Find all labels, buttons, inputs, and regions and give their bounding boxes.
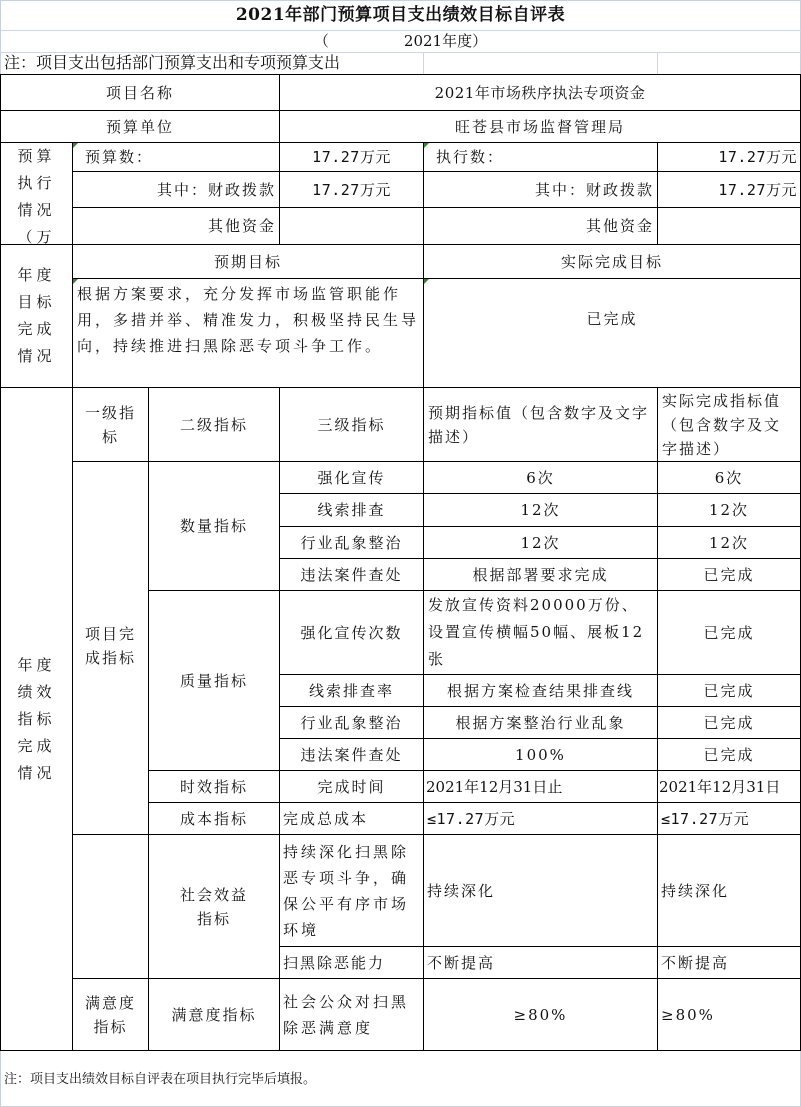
level3-cell: 强化宣传次数	[279, 590, 424, 675]
footer-note: 注：项目支出绩效目标自评表在项目执行完毕后填报。	[4, 1068, 316, 1087]
actual-value-cell[interactable]: 已完成	[657, 706, 801, 739]
grid-line	[657, 52, 658, 74]
actual-value-header: 实际完成指标值（包含数字及文字描述）	[657, 387, 801, 462]
page-title: 2021年部门预算项目支出绩效目标自评表	[0, 0, 801, 30]
other-funds-value-right[interactable]	[657, 207, 801, 245]
level3-cell: 完成总成本	[279, 802, 424, 835]
budget-section-label: 预算执行情况（万	[0, 142, 73, 245]
actual-value-cell[interactable]: 2021年12月31日	[657, 770, 801, 803]
actual-value-cell[interactable]: 12次	[657, 493, 801, 527]
level3-cell: 线索排查率	[279, 674, 424, 707]
expected-value-cell[interactable]: 100%	[423, 738, 658, 771]
level1-satisfaction: 满意度指标	[72, 978, 149, 1051]
fiscal-label-right: 其中：财政拨款	[423, 171, 658, 208]
level3-cell: 线索排查	[279, 493, 424, 527]
expected-goal-text[interactable]: 根据方案要求，充分发挥市场监管职能作用，多措并举、精准发力，积极坚持民生导向，持…	[72, 278, 424, 388]
actual-value-cell[interactable]: 6次	[657, 461, 801, 494]
actual-value-cell[interactable]: 12次	[657, 526, 801, 559]
actual-value-cell[interactable]: 已完成	[657, 674, 801, 707]
expected-value-cell[interactable]: 2021年12月31日止	[423, 770, 658, 803]
comment-marker	[73, 143, 78, 148]
expected-value-cell[interactable]: 根据方案检查结果排查线	[423, 674, 658, 707]
actual-goal-text[interactable]: 已完成	[423, 278, 801, 358]
actual-value-cell[interactable]: 不断提高	[657, 946, 801, 979]
comment-marker	[424, 143, 429, 148]
indicators-section-label: 年度绩效指标完成情况	[0, 387, 73, 1051]
actual-value-cell[interactable]: 已完成	[657, 738, 801, 771]
level3-cell: 完成时间	[279, 770, 424, 803]
grid-line	[423, 52, 424, 74]
level1-project-completion: 项目完成指标	[72, 461, 149, 835]
budget-unit-label: 预算单位	[0, 110, 280, 143]
expected-value-cell[interactable]: 根据方案整治行业乱象	[423, 706, 658, 739]
comment-marker	[424, 279, 429, 284]
project-name-label: 项目名称	[0, 74, 280, 111]
level3-cell: 违法案件查处	[279, 738, 424, 771]
comment-marker	[73, 279, 78, 284]
budget-unit-value[interactable]: 旺苍县市场监督管理局	[279, 110, 801, 143]
actual-value-cell[interactable]: ≥80%	[657, 978, 801, 1051]
expected-value-cell[interactable]: 根据部署要求完成	[423, 558, 658, 591]
level2-cost: 成本指标	[148, 802, 280, 835]
expected-value-cell[interactable]: 12次	[423, 493, 658, 527]
expected-value-cell[interactable]: 持续深化	[423, 834, 658, 947]
actual-value-cell[interactable]: 已完成	[657, 558, 801, 591]
level2-header: 二级指标	[148, 387, 280, 462]
other-funds-label-left: 其他资金	[72, 207, 280, 245]
budget-count-label: 预算数：	[72, 142, 280, 172]
actual-goal-header: 实际完成目标	[423, 244, 801, 279]
fiscal-value-left[interactable]: 17.27万元	[279, 171, 424, 208]
level1-header: 一级指标	[72, 387, 149, 462]
expected-value-cell[interactable]: 发放宣传资料20000万份、设置宣传横幅50幅、展板12张	[423, 590, 658, 675]
level3-cell: 社会公众对扫黑除恶满意度	[279, 978, 424, 1051]
level3-cell: 强化宣传	[279, 461, 424, 494]
actual-value-cell[interactable]: 持续深化	[657, 834, 801, 947]
project-name-value[interactable]: 2021年市场秩序执法专项资金	[279, 74, 801, 111]
exec-count-value[interactable]: 17.27万元	[657, 142, 801, 172]
actual-value-cell[interactable]: ≤17.27万元	[657, 802, 801, 835]
year-subtitle: （2021年度）	[0, 30, 801, 52]
expected-value-header: 预期指标值（包含数字及文字描述）	[423, 387, 658, 462]
expected-goal-header: 预期目标	[72, 244, 424, 279]
level1-effect	[72, 834, 149, 979]
other-funds-label-right: 其他资金	[423, 207, 658, 245]
level3-header: 三级指标	[279, 387, 424, 462]
level2-quantity: 数量指标	[148, 461, 280, 591]
level3-cell: 持续深化扫黑除恶专项斗争，确保公平有序市场环境	[279, 834, 424, 947]
level3-cell: 行业乱象整治	[279, 526, 424, 559]
other-funds-value-left[interactable]	[279, 207, 424, 245]
level2-social-benefit: 社会效益指标	[148, 834, 280, 979]
year-label: 2021年度）	[404, 32, 487, 50]
actual-value-cell[interactable]: 已完成	[657, 590, 801, 675]
expected-value-cell[interactable]: ≥80%	[423, 978, 658, 1051]
actual-goal-filler	[423, 357, 801, 388]
level3-cell: 行业乱象整治	[279, 706, 424, 739]
goals-section-label: 年度目标完成情况	[0, 244, 73, 388]
fiscal-label-left: 其中：财政拨款	[72, 171, 280, 208]
expected-value-cell[interactable]: 不断提高	[423, 946, 658, 979]
level3-cell: 违法案件查处	[279, 558, 424, 591]
level3-cell: 扫黑除恶能力	[279, 946, 424, 979]
year-open-paren: （	[314, 30, 404, 52]
level2-quality: 质量指标	[148, 590, 280, 771]
expected-value-cell[interactable]: 6次	[423, 461, 658, 494]
level2-timeliness: 时效指标	[148, 770, 280, 803]
expected-value-cell[interactable]: 12次	[423, 526, 658, 559]
expected-value-cell[interactable]: ≤17.27万元	[423, 802, 658, 835]
top-note: 注：项目支出包括部门预算支出和专项预算支出	[4, 52, 340, 74]
fiscal-value-right[interactable]: 17.27万元	[657, 171, 801, 208]
level2-satisfaction: 满意度指标	[148, 978, 280, 1051]
budget-count-value[interactable]: 17.27万元	[279, 142, 424, 172]
exec-count-label: 执行数：	[423, 142, 658, 172]
